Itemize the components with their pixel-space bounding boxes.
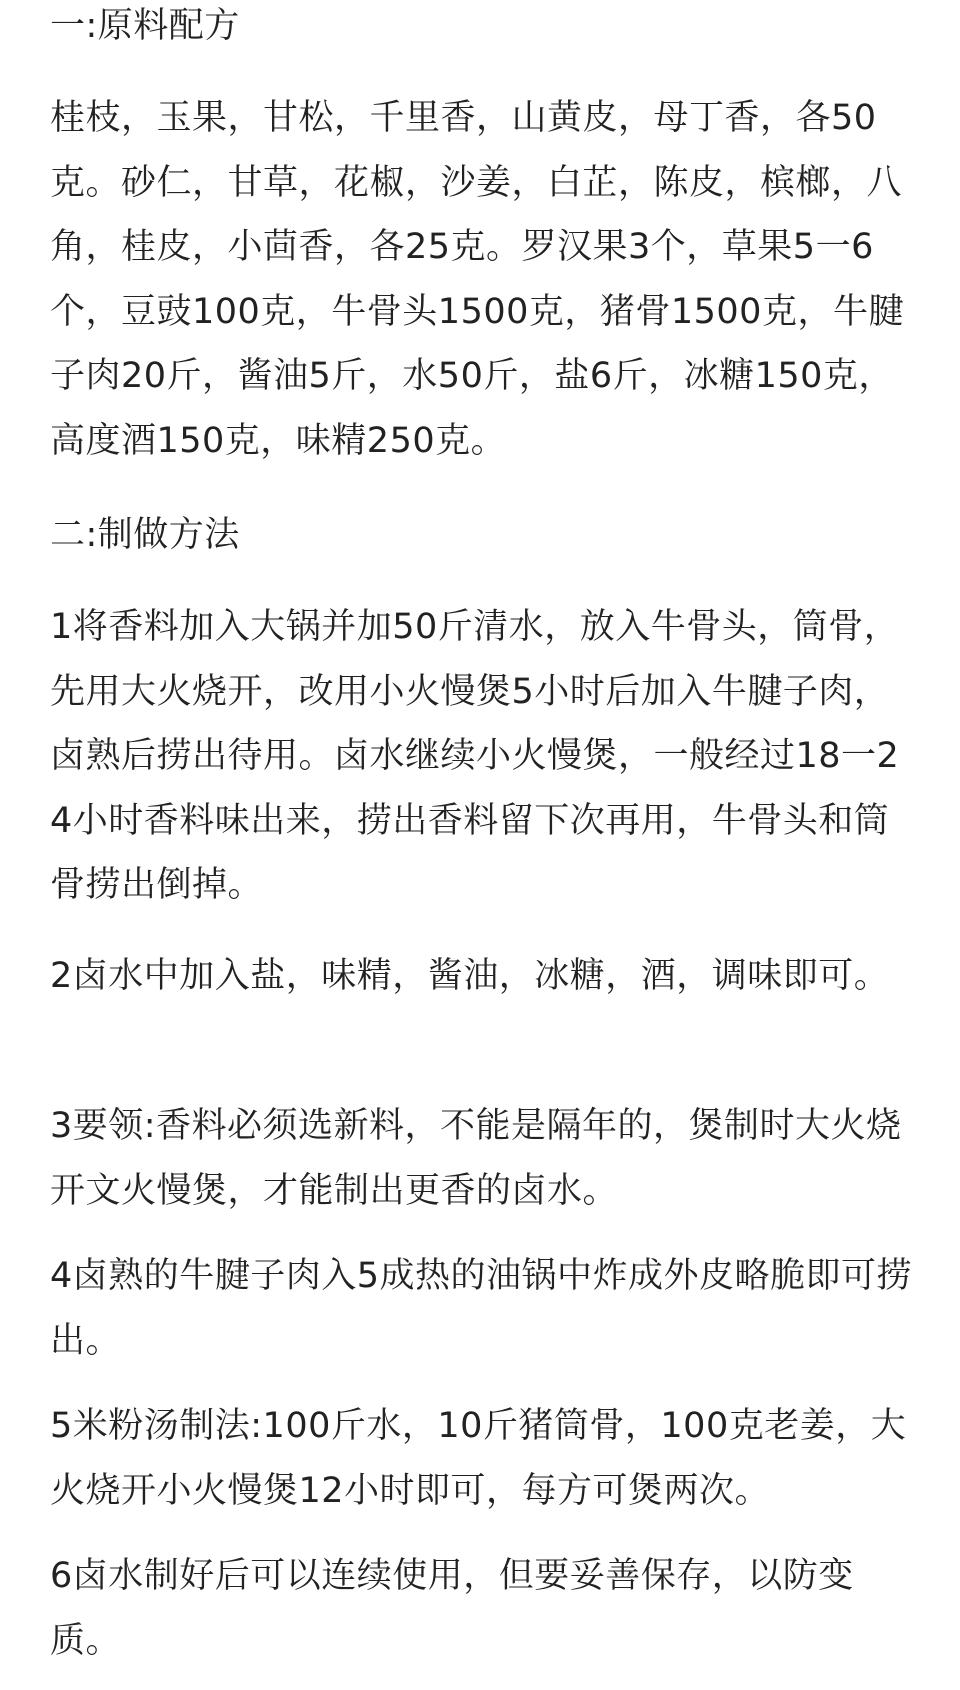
ingredients-paragraph: 桂枝，玉果，甘松，千里香，山黄皮，母丁香，各50克。砂仁，甘草，花椒，沙姜，白芷… [50,86,915,474]
step-4: 4卤熟的牛腱子肉入5成热的油锅中炸成外皮略脆即可捞出。 [50,1244,915,1373]
step-5: 5米粉汤制法:100斤水，10斤猪筒骨，100克老姜，大火烧开小火慢煲12小时即… [50,1394,915,1523]
step-6: 6卤水制好后可以连续使用，但要妥善保存，以防变质。 [50,1544,915,1673]
step-1: 1将香料加入大锅并加50斤清水，放入牛骨头，筒骨，先用大火烧开，改用小火慢煲5小… [50,595,915,918]
step-2: 2卤水中加入盐，味精，酱油，冰糖，酒，调味即可。 [50,944,915,1009]
step-3: 3要领:香料必须选新料，不能是隔年的，煲制时大火烧开文火慢煲，才能制出更香的卤水… [50,1094,915,1223]
section-heading-method: 二:制做方法 [50,503,240,568]
section-heading-ingredients: 一:原料配方 [50,0,240,59]
